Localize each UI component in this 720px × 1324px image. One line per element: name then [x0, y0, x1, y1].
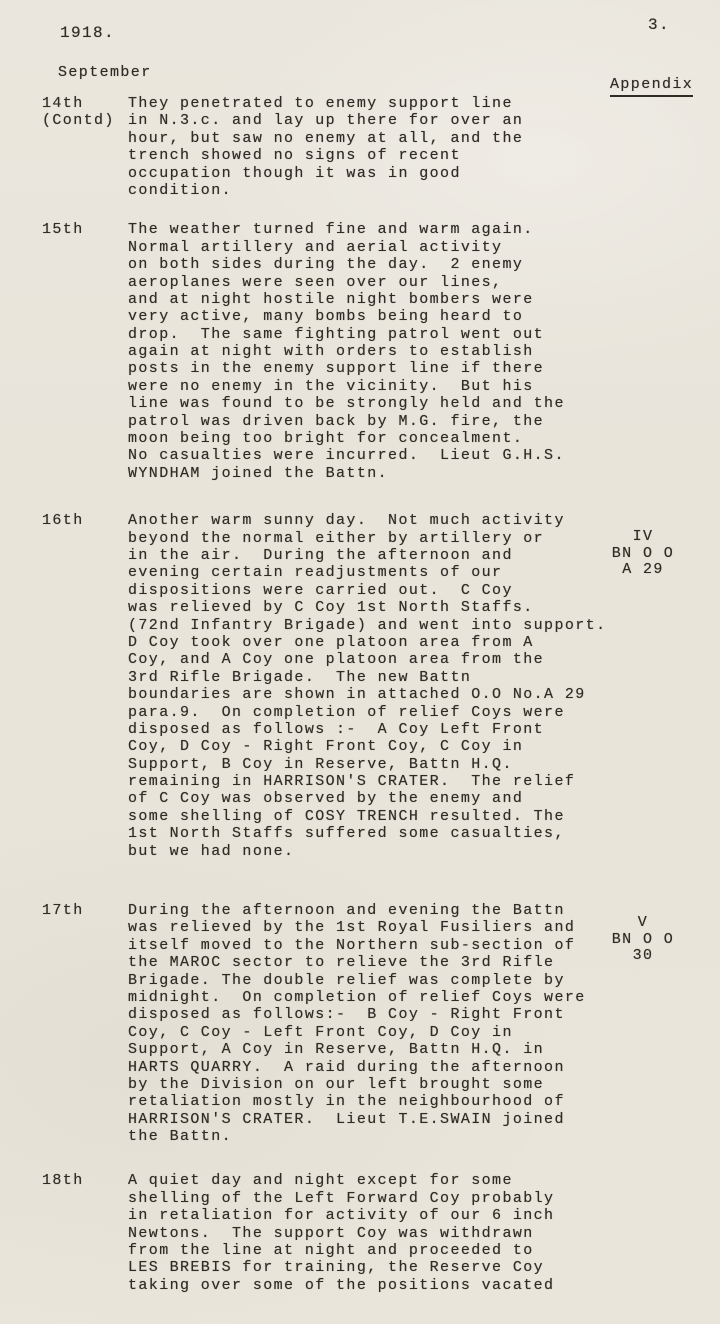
- diary-entry: 15thThe weather turned fine and warm aga…: [42, 221, 720, 482]
- entry-text-line: boundaries are shown in attached O.O No.…: [128, 686, 720, 703]
- entry-text-line: LES BREBIS for training, the Reserve Coy: [128, 1259, 720, 1276]
- entry-text-line: HARTS QUARRY. A raid during the afternoo…: [128, 1059, 720, 1076]
- entry-text-line: A quiet day and night except for some: [128, 1172, 720, 1189]
- page-number: 3.: [648, 16, 670, 34]
- entry-text-line: occupation though it was in good: [128, 165, 720, 182]
- diary-entry: 18thA quiet day and night except for som…: [42, 1172, 720, 1294]
- entry-text-line: by the Division on our left brought some: [128, 1076, 720, 1093]
- margin-note-line: 30: [600, 948, 686, 965]
- entry-text-line: para.9. On completion of relief Coys wer…: [128, 704, 720, 721]
- entry-date: 17th: [42, 902, 128, 1145]
- entry-date-label: 17th: [42, 902, 128, 919]
- margin-note-line: V: [600, 915, 686, 932]
- entry-text-line: taking over some of the positions vacate…: [128, 1277, 720, 1294]
- diary-entry: 17thDuring the afternoon and evening the…: [42, 902, 720, 1145]
- entry-text-line: posts in the enemy support line if there: [128, 360, 720, 377]
- diary-entries: 14th(Contd)They penetrated to enemy supp…: [42, 95, 720, 1294]
- entry-text-line: Coy, and A Coy one platoon area from the: [128, 651, 720, 668]
- entry-text-line: Support, A Coy in Reserve, Battn H.Q. in: [128, 1041, 720, 1058]
- entry-text-line: in retaliation for activity of our 6 inc…: [128, 1207, 720, 1224]
- diary-entry: 14th(Contd)They penetrated to enemy supp…: [42, 95, 720, 199]
- entry-text-line: Support, B Coy in Reserve, Battn H.Q.: [128, 756, 720, 773]
- entry-date-label: 18th: [42, 1172, 128, 1189]
- entry-text-line: remaining in HARRISON'S CRATER. The reli…: [128, 773, 720, 790]
- entry-text-line: of C Coy was observed by the enemy and: [128, 790, 720, 807]
- entry-text-line: D Coy took over one platoon area from A: [128, 634, 720, 651]
- entry-date-contd-label: (Contd): [42, 112, 128, 129]
- entry-text-line: retaliation mostly in the neighbourhood …: [128, 1093, 720, 1110]
- entry-text-line: Brigade. The double relief was complete …: [128, 972, 720, 989]
- entry-text-line: Newtons. The support Coy was withdrawn: [128, 1225, 720, 1242]
- entry-date: 16th: [42, 512, 128, 860]
- entry-text-line: moon being too bright for concealment.: [128, 430, 720, 447]
- entry-text: The weather turned fine and warm again.N…: [128, 221, 720, 482]
- entry-text: They penetrated to enemy support linein …: [128, 95, 720, 199]
- entry-text-line: disposed as follows:- B Coy - Right Fron…: [128, 1006, 720, 1023]
- entry-text-line: aeroplanes were seen over our lines,: [128, 274, 720, 291]
- entry-text-line: No casualties were incurred. Lieut G.H.S…: [128, 447, 720, 464]
- margin-note-line: A 29: [600, 562, 686, 579]
- entry-date-label: 15th: [42, 221, 128, 238]
- entry-date-label: 16th: [42, 512, 128, 529]
- entry-date-label: 14th: [42, 95, 128, 112]
- entry-text-line: The weather turned fine and warm again.: [128, 221, 720, 238]
- entry-text-line: but we had none.: [128, 843, 720, 860]
- entry-text-line: was relieved by C Coy 1st North Staffs.: [128, 599, 720, 616]
- entry-text-line: trench showed no signs of recent: [128, 147, 720, 164]
- entry-text-line: HARRISON'S CRATER. Lieut T.E.SWAIN joine…: [128, 1111, 720, 1128]
- entry-text-line: in N.3.c. and lay up there for over an: [128, 112, 720, 129]
- margin-note-line: IV: [600, 529, 686, 546]
- entry-text-line: They penetrated to enemy support line: [128, 95, 720, 112]
- entry-text-line: (72nd Infantry Brigade) and went into su…: [128, 617, 720, 634]
- entry-text-line: some shelling of COSY TRENCH resulted. T…: [128, 808, 720, 825]
- margin-reference-note: IVBN O OA 29: [600, 529, 686, 579]
- entry-text-line: patrol was driven back by M.G. fire, the: [128, 413, 720, 430]
- margin-note-line: BN O O: [600, 932, 686, 949]
- margin-note-line: BN O O: [600, 546, 686, 563]
- entry-text-line: Normal artillery and aerial activity: [128, 239, 720, 256]
- entry-text-line: 1st North Staffs suffered some casualtie…: [128, 825, 720, 842]
- appendix-label: Appendix: [610, 76, 693, 97]
- month-label: September: [58, 64, 152, 81]
- entry-text-line: dispositions were carried out. C Coy: [128, 582, 720, 599]
- entry-text-line: again at night with orders to establish: [128, 343, 720, 360]
- war-diary-page: 1918. 3. September Appendix 14th(Contd)T…: [0, 0, 720, 1324]
- entry-text-line: Another warm sunny day. Not much activit…: [128, 512, 720, 529]
- entry-text-line: drop. The same fighting patrol went out: [128, 326, 720, 343]
- year-label: 1918.: [60, 24, 115, 42]
- entry-text-line: Coy, C Coy - Left Front Coy, D Coy in: [128, 1024, 720, 1041]
- entry-text: A quiet day and night except for someshe…: [128, 1172, 720, 1294]
- margin-reference-note: VBN O O30: [600, 915, 686, 965]
- entry-text-line: WYNDHAM joined the Battn.: [128, 465, 720, 482]
- entry-text-line: and at night hostile night bombers were: [128, 291, 720, 308]
- entry-text-line: on both sides during the day. 2 enemy: [128, 256, 720, 273]
- entry-text-line: the Battn.: [128, 1128, 720, 1145]
- entry-text-line: disposed as follows :- A Coy Left Front: [128, 721, 720, 738]
- entry-text-line: were no enemy in the vicinity. But his: [128, 378, 720, 395]
- entry-text-line: line was found to be strongly held and t…: [128, 395, 720, 412]
- entry-text-line: midnight. On completion of relief Coys w…: [128, 989, 720, 1006]
- entry-text-line: condition.: [128, 182, 720, 199]
- diary-entry: 16thAnother warm sunny day. Not much act…: [42, 512, 720, 860]
- entry-date: 18th: [42, 1172, 128, 1294]
- entry-text-line: very active, many bombs being heard to: [128, 308, 720, 325]
- entry-text-line: shelling of the Left Forward Coy probabl…: [128, 1190, 720, 1207]
- entry-text-line: hour, but saw no enemy at all, and the: [128, 130, 720, 147]
- entry-text-line: from the line at night and proceeded to: [128, 1242, 720, 1259]
- entry-text-line: 3rd Rifle Brigade. The new Battn: [128, 669, 720, 686]
- entry-text-line: Coy, D Coy - Right Front Coy, C Coy in: [128, 738, 720, 755]
- entry-date: 15th: [42, 221, 128, 482]
- entry-date: 14th(Contd): [42, 95, 128, 199]
